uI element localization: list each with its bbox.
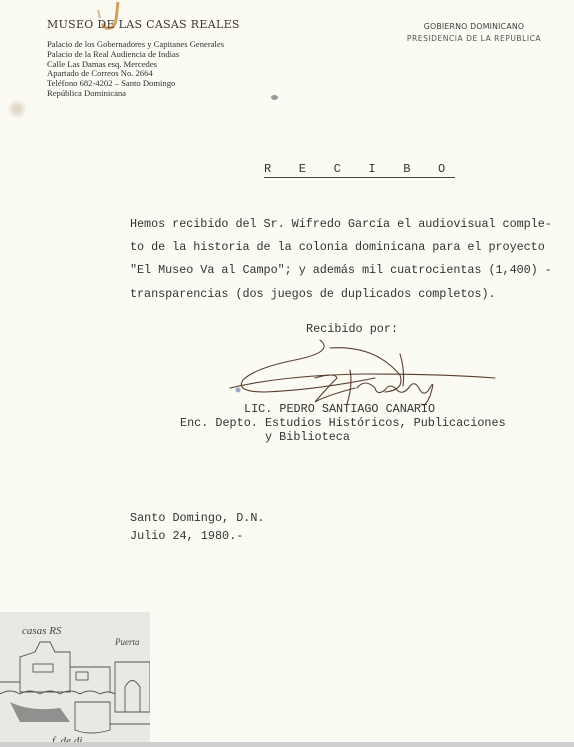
- signer-name: LIC. PEDRO SANTIAGO CANARIO: [180, 402, 540, 416]
- receipt-body: Hemos recibido del Sr. Wifredo García el…: [130, 213, 510, 306]
- signer-title-cont: y Biblioteca: [180, 430, 540, 444]
- signer-block: LIC. PEDRO SANTIAGO CANARIO Enc. Depto. …: [180, 402, 540, 444]
- date: Julio 24, 1980.-: [130, 527, 265, 545]
- paper-speck: [8, 98, 26, 120]
- museum-address: Palacio de los Gobernadores y Capitanes …: [47, 40, 224, 99]
- body-line: transparencias (dos juegos de duplicados…: [130, 283, 510, 306]
- government-header: GOBIERNO DOMINICANO PRESIDENCIA DE LA RE…: [374, 22, 574, 43]
- government-name: GOBIERNO DOMINICANO: [374, 22, 574, 31]
- signer-title: Enc. Depto. Estudios Históricos, Publica…: [180, 416, 540, 430]
- body-line: to de la historia de la colonia dominica…: [130, 236, 510, 259]
- engraving-caption-right: Puerta: [114, 637, 140, 647]
- place-date: Santo Domingo, D.N. Julio 24, 1980.-: [130, 509, 265, 545]
- address-line: República Dominicana: [47, 89, 224, 99]
- paper-speck: [271, 95, 278, 100]
- document-title: R E C I B O: [0, 162, 574, 176]
- page-bottom-edge: [0, 742, 574, 747]
- engraving-caption-top: casas RS: [22, 625, 62, 637]
- title-text: R E C I B O: [264, 162, 455, 178]
- handwritten-signature: [225, 330, 505, 410]
- body-line: Hemos recibido del Sr. Wifredo García el…: [130, 213, 510, 236]
- museum-name: MUSEO DE LAS CASAS REALES: [47, 18, 240, 32]
- casas-reales-engraving: casas RS Puerta f. de di: [0, 612, 150, 747]
- place: Santo Domingo, D.N.: [130, 509, 265, 527]
- body-line: "El Museo Va al Campo"; y además mil cua…: [130, 259, 510, 282]
- presidency-name: PRESIDENCIA DE LA REPUBLICA: [374, 34, 574, 43]
